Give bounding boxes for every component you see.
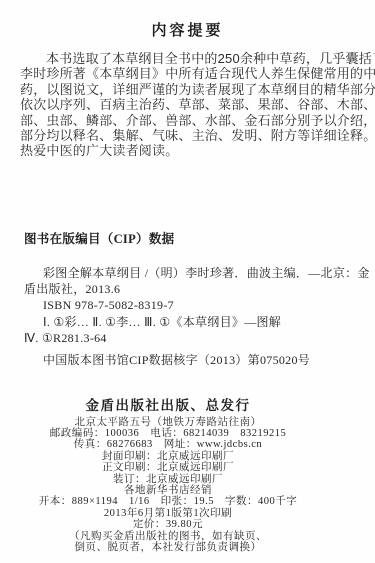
summary-line: 李时珍所著《本草纲目》中所有适合现代人养生保健常用的中草 [20, 66, 360, 81]
summary-line: 部、虫部、鳞部、介部、兽部、水部、金石部分别予以介绍，每一 [20, 113, 360, 128]
cip-section: 图书在版编目（CIP）数据 彩图全解本草纲目 /（明）李时珍著．曲波主编．—北京… [24, 231, 359, 369]
summary-line: 本书选取了本草纲目全书中的250余种中草药，几乎囊括了 [20, 51, 360, 66]
summary-line: 药，以图说文，详细严谨的为读者展现了本草纲目的精华部分， [20, 82, 360, 97]
cip-heading: 图书在版编目（CIP）数据 [24, 231, 359, 247]
colophon-notice-line: 倒页、脱页者，本社发行部负责调换） [0, 542, 336, 553]
summary-paragraph: 本书选取了本草纲目全书中的250余种中草药，几乎囊括了 李时珍所著《本草纲目》中… [20, 51, 360, 159]
cip-record-number: 中国版本图书馆CIP数据核字（2013）第075020号 [24, 352, 359, 368]
cip-record-line: 盾出版社，2013.6 [24, 281, 359, 297]
book-copyright-page: 内容提要 本书选取了本草纲目全书中的250余种中草药，几乎囊括了 李时珍所著《本… [0, 0, 375, 563]
colophon-postcode-phone-line: 邮政编码：100036 电话：68214039 83219215 [0, 428, 336, 439]
publisher-title: 金盾出版社出版、总发行 [0, 397, 336, 414]
colophon-distribution-line: 各地新华书店经销 [0, 485, 336, 496]
colophon-price-line: 定价：39.80元 [0, 519, 336, 530]
cip-record-line: 彩图全解本草纲目 /（明）李时珍著．曲波主编．—北京：金 [24, 265, 359, 281]
colophon-address-line: 北京太平路五号（地铁万寿路站往南） [0, 417, 336, 428]
cip-isbn: ISBN 978-7-5082-8319-7 [24, 297, 359, 313]
summary-line: 部分均以释名、集解、气味、主治、发明、附方等详细诠释。适合 [20, 128, 360, 143]
summary-line: 热爱中医的广大读者阅读。 [20, 143, 360, 158]
colophon-cover-printer-line: 封面印刷：北京威远印刷厂 [0, 451, 336, 462]
colophon-section: 金盾出版社出版、总发行 北京太平路五号（地铁万寿路站往南） 邮政编码：10003… [0, 397, 336, 554]
cip-classification-line: Ⅳ. ①R281.3-64 [24, 330, 359, 346]
colophon-format-line: 开本：889×1194 1/16 印张：19.5 字数：400千字 [0, 496, 336, 507]
colophon-fax-website-line: 传真：68276683 网址：www.jdcbs.cn [0, 439, 336, 450]
cip-classification-line: Ⅰ. ①彩… Ⅱ. ①李… Ⅲ. ①《本草纲目》—图解 [24, 314, 359, 330]
summary-line: 依次以序列、百病主治药、草部、菜部、果部、谷部、木部、禽 [20, 97, 360, 112]
summary-title: 内容提要 [0, 0, 375, 40]
colophon-edition-line: 2013年6月第1版第1次印刷 [0, 508, 336, 519]
colophon-notice-line: （凡购买金盾出版社的图书，如有缺页、 [0, 531, 336, 542]
colophon-text-printer-line: 正文印刷：北京威远印刷厂 [0, 462, 336, 473]
content-summary-section: 内容提要 本书选取了本草纲目全书中的250余种中草药，几乎囊括了 李时珍所著《本… [0, 0, 375, 159]
colophon-binding-line: 装订：北京威远印刷厂 [0, 474, 336, 485]
